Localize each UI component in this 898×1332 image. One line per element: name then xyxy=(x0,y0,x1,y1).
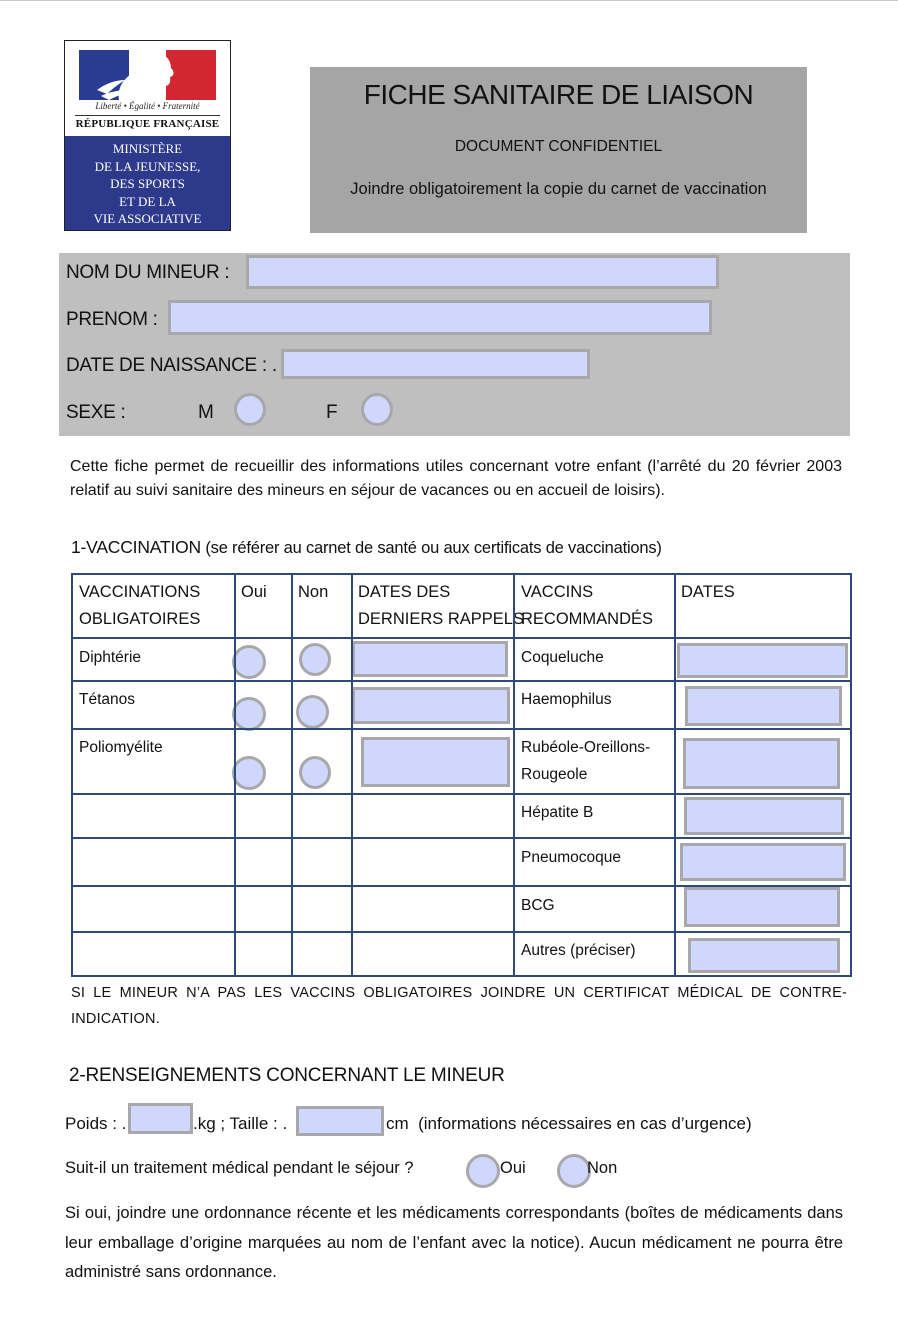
traitement-non-radio[interactable] xyxy=(557,1154,591,1188)
poids-label: Poids : . xyxy=(65,1114,126,1133)
diphterie-oui-radio[interactable] xyxy=(232,645,266,679)
sexe-m-radio[interactable] xyxy=(234,393,266,426)
ministry-line: DES SPORTS xyxy=(65,175,230,193)
table-row-border xyxy=(71,837,852,839)
document-title: FICHE SANITAIRE DE LIAISON xyxy=(310,79,807,111)
renseignements-section-title: 2-RENSEIGNEMENTS CONCERNANT LE MINEUR xyxy=(69,1065,505,1087)
recommended-vaccine-name: BCG xyxy=(521,892,555,919)
vaccine-name: Poliomyélite xyxy=(79,734,163,761)
recommended-vaccine-name: Pneumocoque xyxy=(521,844,621,871)
table-row-border xyxy=(71,975,852,977)
bcg-date-field[interactable] xyxy=(684,887,840,927)
recommended-vaccine-name: Rubéole-Oreillons- Rougeole xyxy=(521,734,650,788)
sexe-f-radio[interactable] xyxy=(361,393,393,426)
logo-motto: Liberté • Égalité • Fraternité xyxy=(65,101,230,111)
tetanos-non-radio[interactable] xyxy=(296,695,329,729)
ministry-line: VIE ASSOCIATIVE xyxy=(65,210,230,228)
table-column-border xyxy=(291,573,293,977)
intro-paragraph: Cette fiche permet de recueillir des inf… xyxy=(70,455,842,503)
vaccination-section-title: 1-VACCINATION (se référer au carnet de s… xyxy=(71,537,662,558)
logo-republique: RÉPUBLIQUE FRANÇAISE xyxy=(65,118,230,130)
traitement-oui-radio[interactable] xyxy=(466,1154,500,1188)
haemophilus-date-field[interactable] xyxy=(685,686,842,726)
table-column-border xyxy=(513,573,515,977)
autres-date-field[interactable] xyxy=(688,938,840,973)
recommended-vaccine-name: Autres (préciser) xyxy=(521,937,636,964)
diphterie-non-radio[interactable] xyxy=(299,643,331,676)
document-subtitle: DOCUMENT CONFIDENTIEL xyxy=(310,138,807,156)
cm-label: cm (informations nécessaires en cas d’ur… xyxy=(386,1112,752,1136)
header-text: VACCINATIONS xyxy=(79,579,200,606)
document-instruction: Joindre obligatoirement la copie du carn… xyxy=(310,180,807,199)
table-column-border xyxy=(351,573,353,977)
vaccination-table: VACCINATIONS OBLIGATOIRES Oui Non DATES … xyxy=(71,573,852,977)
tetanos-oui-radio[interactable] xyxy=(232,697,266,731)
prenom-label: PRENOM : xyxy=(66,309,158,331)
kg-taille-label: .kg ; Taille : . xyxy=(193,1112,287,1136)
table-row-border xyxy=(71,728,852,730)
document-header: FICHE SANITAIRE DE LIAISON DOCUMENT CONF… xyxy=(310,67,807,233)
table-row-border xyxy=(71,573,852,575)
sexe-f-label: F xyxy=(326,402,337,424)
tetanos-date-field[interactable] xyxy=(352,687,510,724)
hepatite-b-date-field[interactable] xyxy=(684,797,844,835)
poids-field[interactable] xyxy=(128,1103,193,1134)
logo-ministry-name: MINISTÈRE DE LA JEUNESSE, DES SPORTS ET … xyxy=(65,136,230,231)
table-column-border xyxy=(71,573,73,977)
naissance-label: DATE DE NAISSANCE : . xyxy=(66,355,277,377)
table-column-border xyxy=(674,573,676,977)
poliomyelite-non-radio[interactable] xyxy=(299,756,331,789)
marianne-flag-icon xyxy=(79,50,216,100)
table-row-border xyxy=(71,931,852,933)
poliomyelite-date-field[interactable] xyxy=(361,737,510,787)
traitement-non-label: Non xyxy=(587,1156,617,1180)
vaccine-name-line: Rougeole xyxy=(521,761,650,788)
header-recommandes: VACCINS RECOMMANDÉS xyxy=(521,579,653,633)
taille-field[interactable] xyxy=(296,1106,384,1136)
header-text: RECOMMANDÉS xyxy=(521,606,653,633)
identity-section: NOM DU MINEUR : PRENOM : DATE DE NAISSAN… xyxy=(59,253,850,436)
vaccination-title-text: 1-VACCINATION xyxy=(71,537,201,557)
ordonnance-note: Si oui, joindre une ordonnance récente e… xyxy=(65,1199,843,1288)
header-text: VACCINS xyxy=(521,579,653,606)
page-top-border xyxy=(0,0,898,1)
ministry-line: MINISTÈRE xyxy=(65,140,230,158)
diphterie-date-field[interactable] xyxy=(352,641,508,677)
vaccine-name: Tétanos xyxy=(79,686,135,713)
table-column-border xyxy=(850,573,852,977)
coqueluche-date-field[interactable] xyxy=(677,643,848,678)
header-dates-rappels: DATES DES DERNIERS RAPPELS xyxy=(358,579,524,633)
ministry-line: DE LA JEUNESSE, xyxy=(65,158,230,176)
table-row-border xyxy=(71,680,852,682)
header-oui: Oui xyxy=(241,579,267,606)
ministry-line: ET DE LA xyxy=(65,193,230,211)
recommended-vaccine-name: Haemophilus xyxy=(521,686,611,713)
sexe-m-label: M xyxy=(198,402,214,424)
table-row-border xyxy=(71,637,852,639)
traitement-question: Suit-il un traitement médical pendant le… xyxy=(65,1156,414,1180)
header-obligatoires: VACCINATIONS OBLIGATOIRES xyxy=(79,579,200,633)
prenom-field[interactable] xyxy=(168,300,712,335)
recommended-vaccine-name: Hépatite B xyxy=(521,799,593,826)
header-non: Non xyxy=(298,579,328,606)
header-text: OBLIGATOIRES xyxy=(79,606,200,633)
header-text: DERNIERS RAPPELS xyxy=(358,606,524,633)
recommended-vaccine-name: Coqueluche xyxy=(521,644,604,671)
contre-indication-note: SI LE MINEUR N’A PAS LES VACCINS OBLIGAT… xyxy=(71,980,847,1032)
vaccine-name-line: Rubéole-Oreillons- xyxy=(521,734,650,761)
ministry-logo: Liberté • Égalité • Fraternité RÉPUBLIQU… xyxy=(64,40,231,231)
logo-divider xyxy=(75,115,220,116)
poliomyelite-oui-radio[interactable] xyxy=(232,756,266,790)
table-row-border xyxy=(71,885,852,887)
pneumocoque-date-field[interactable] xyxy=(680,843,846,881)
nom-label: NOM DU MINEUR : xyxy=(66,262,229,284)
vaccination-title-note: (se référer au carnet de santé ou aux ce… xyxy=(201,539,662,557)
vaccine-name: Diphtérie xyxy=(79,644,141,671)
ror-date-field[interactable] xyxy=(683,738,840,789)
header-dates: DATES xyxy=(681,579,735,606)
date-naissance-field[interactable] xyxy=(281,349,590,379)
table-row-border xyxy=(71,793,852,795)
sexe-label: SEXE : xyxy=(66,402,125,424)
table-column-border xyxy=(234,573,236,977)
header-text: DATES DES xyxy=(358,579,524,606)
traitement-oui-label: Oui xyxy=(500,1156,526,1180)
nom-field[interactable] xyxy=(246,255,719,289)
